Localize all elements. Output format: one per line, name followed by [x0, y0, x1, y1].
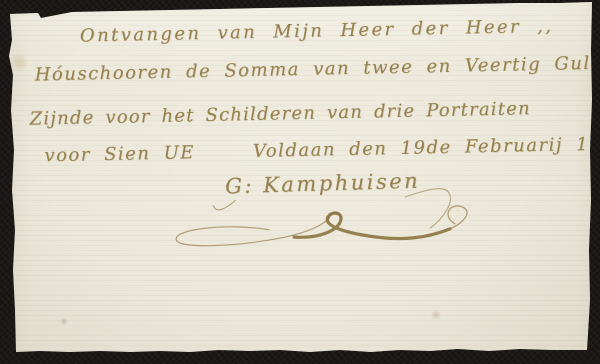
line-4-payee-segment: voor Sien UE [44, 142, 195, 166]
signature-flourish [143, 183, 484, 264]
handwritten-line-1: Ontvangen van Mijn Heer der Heer ,, [80, 16, 554, 47]
receipt-paper: Ontvangen van Mijn Heer der Heer ,, Hóus… [0, 0, 600, 364]
handwritten-line-2: Hóuschooren de Somma van twee en Veertig… [35, 52, 600, 86]
line-4-date-segment: Voldaan den 19de Februarij 1770 [253, 133, 600, 162]
photo-backdrop: Ontvangen van Mijn Heer der Heer ,, Hóus… [0, 0, 600, 364]
handwritten-text-block: Ontvangen van Mijn Heer der Heer ,, Hóus… [0, 0, 600, 364]
handwritten-line-4: voor Sien UEVoldaan den 19de Februarij 1… [44, 133, 600, 166]
handwritten-line-3: Zijnde voor het Schilderen van drie Port… [29, 98, 531, 129]
